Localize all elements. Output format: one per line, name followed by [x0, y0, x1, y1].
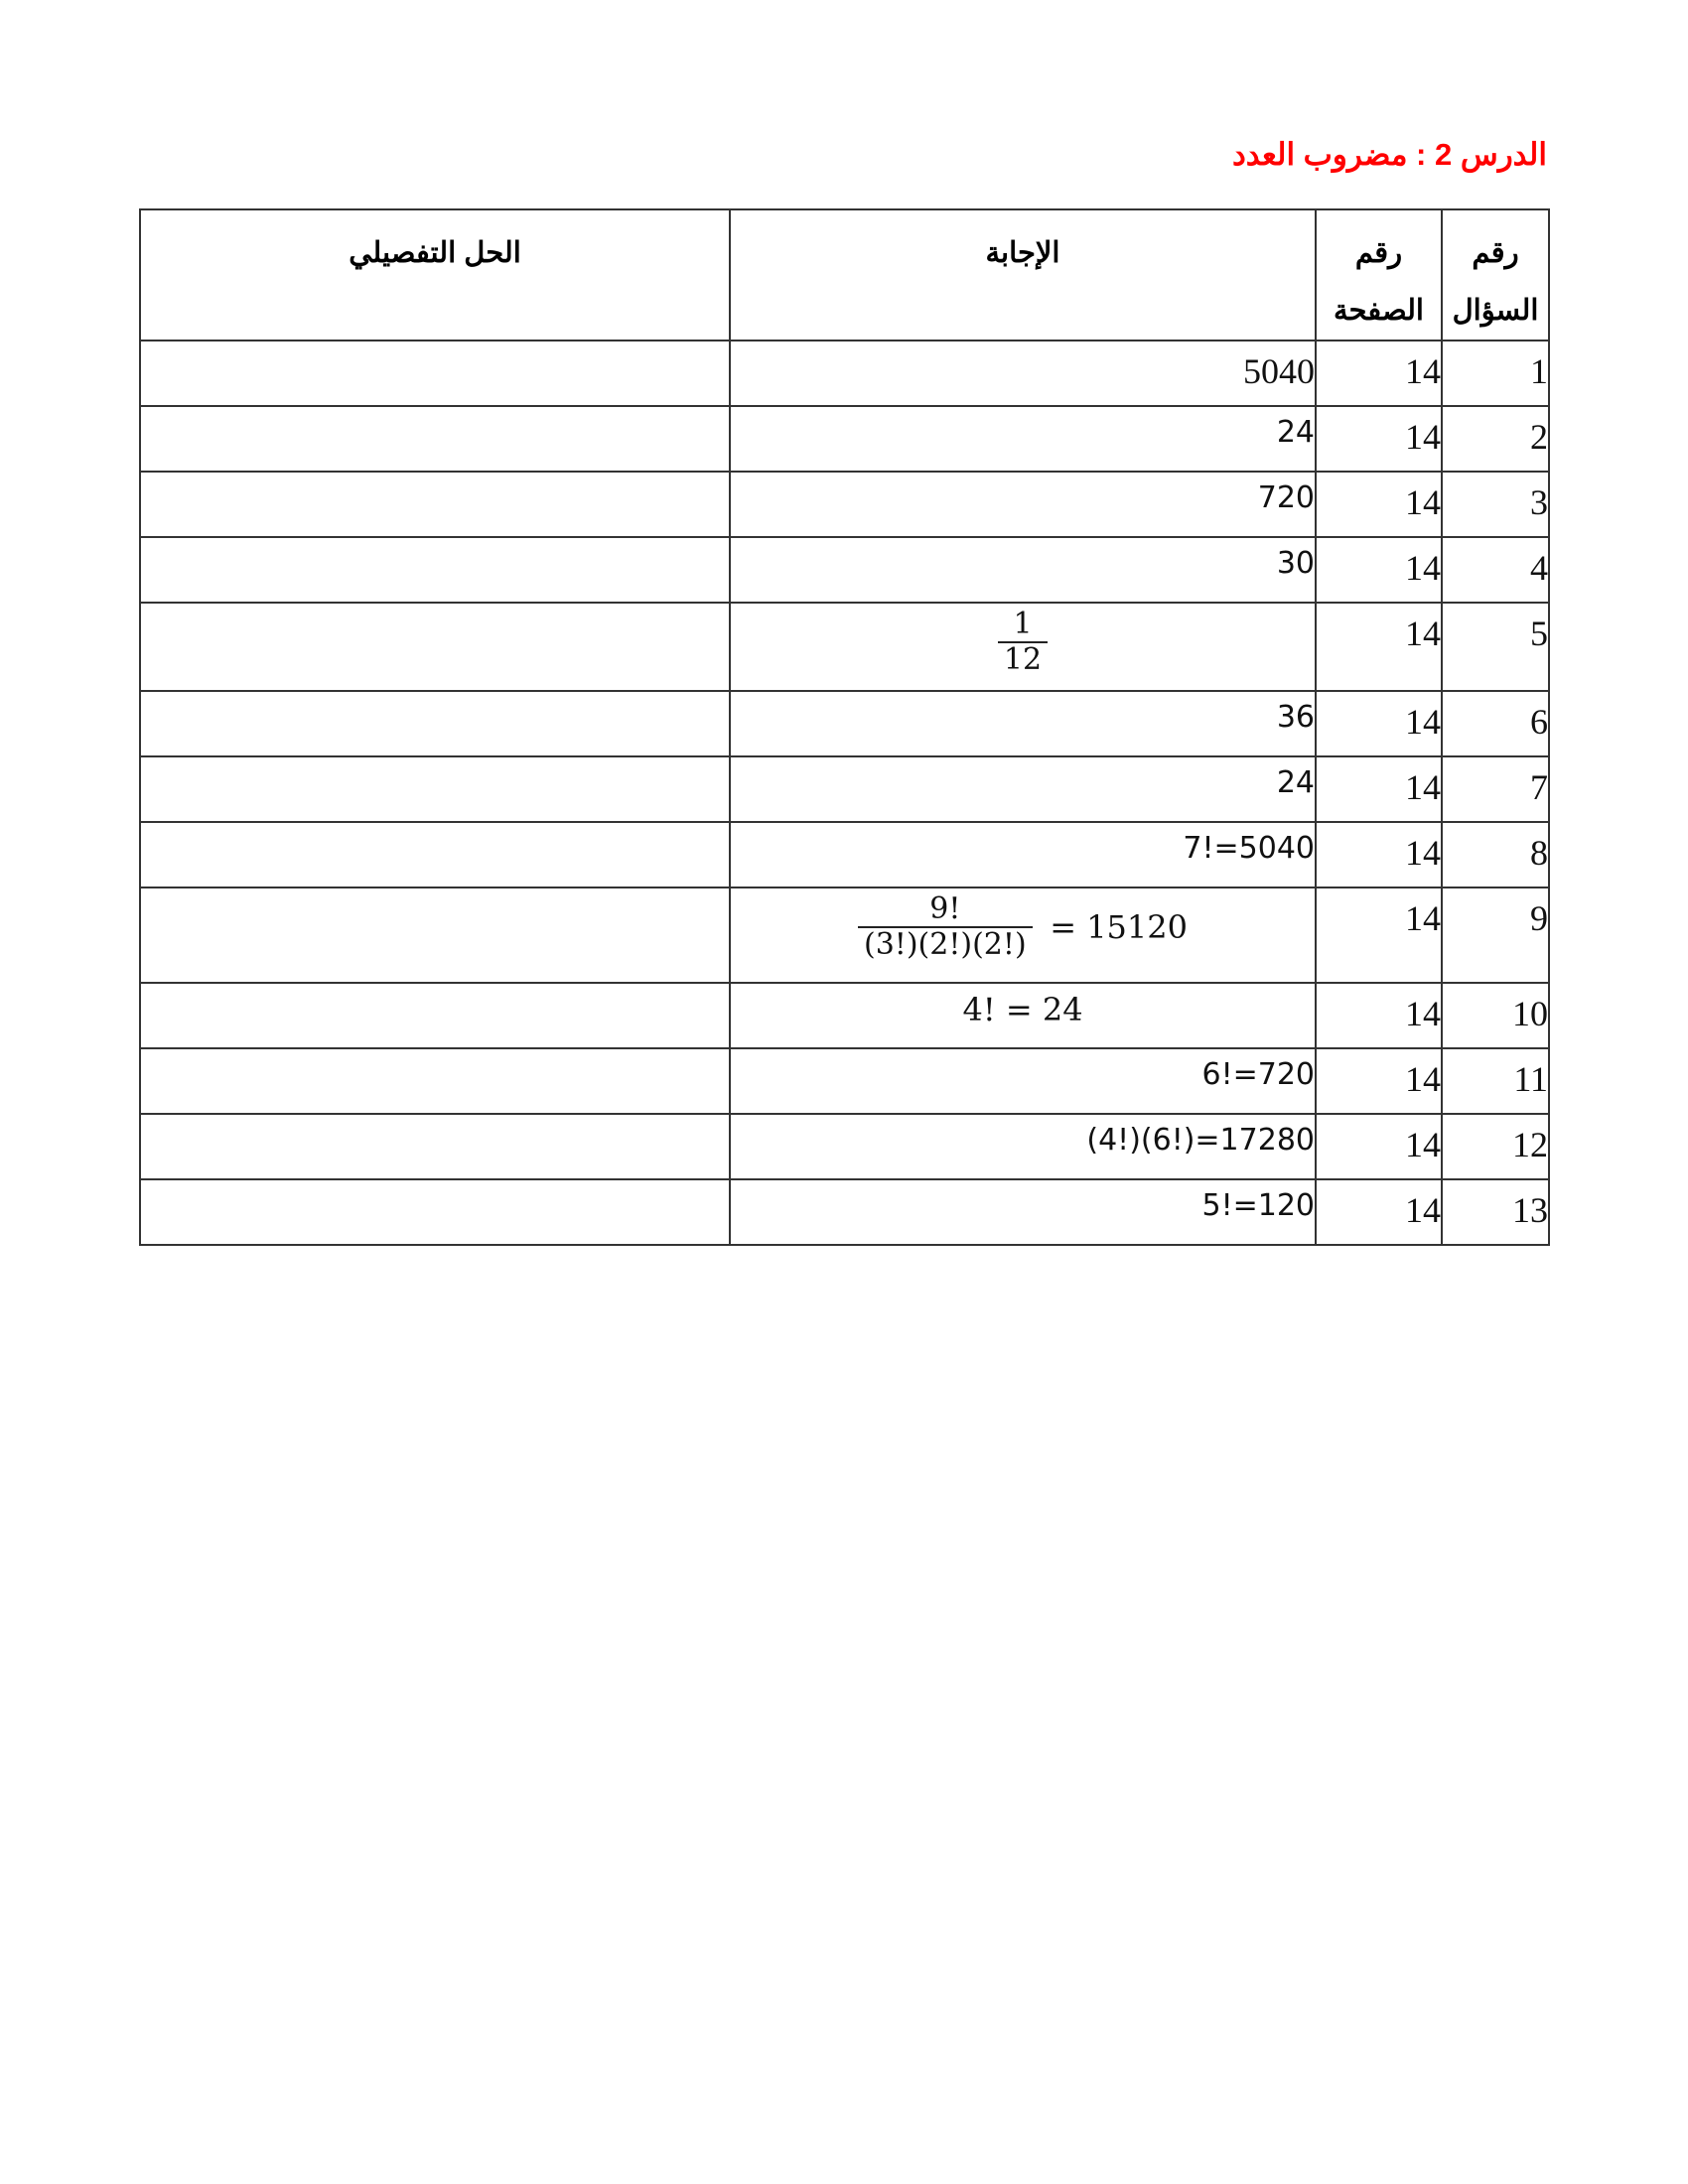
- solution-cell: [140, 341, 730, 406]
- page-number: 14: [1316, 887, 1442, 983]
- page-number: 14: [1316, 822, 1442, 887]
- answer-cell: 1 12: [730, 603, 1316, 691]
- answer-cell: 5!=120: [730, 1179, 1316, 1245]
- answer-cell: 720: [730, 472, 1316, 537]
- answer-cell: 30: [730, 537, 1316, 603]
- solution-cell: [140, 1179, 730, 1245]
- header-question-number-line1: رقم: [1472, 237, 1518, 269]
- question-number: 12: [1442, 1114, 1549, 1179]
- solution-cell: [140, 983, 730, 1048]
- fraction-denominator: (3!)(2!)(2!): [858, 928, 1033, 962]
- solution-cell: [140, 887, 730, 983]
- answer-cell: 36: [730, 691, 1316, 756]
- answer-math: 4! = 24: [962, 991, 1082, 1028]
- question-number: 5: [1442, 603, 1549, 691]
- question-number: 4: [1442, 537, 1549, 603]
- table-row: 1 14 5040: [140, 341, 1549, 406]
- answer-cell: 9! (3!)(2!)(2!) = 15120: [730, 887, 1316, 983]
- question-number: 13: [1442, 1179, 1549, 1245]
- table-row: 2 14 24: [140, 406, 1549, 472]
- answer-cell: 5040: [730, 341, 1316, 406]
- question-number: 1: [1442, 341, 1549, 406]
- table-row: 9 14 9! (3!)(2!)(2!) = 15120: [140, 887, 1549, 983]
- header-question-number: رقمالسؤال: [1442, 209, 1549, 341]
- page-number: 14: [1316, 472, 1442, 537]
- table-row: 11 14 6!=720: [140, 1048, 1549, 1114]
- answer-cell: 24: [730, 406, 1316, 472]
- table-row: 5 14 1 12: [140, 603, 1549, 691]
- table-row: 10 14 4! = 24: [140, 983, 1549, 1048]
- solution-cell: [140, 822, 730, 887]
- question-number: 9: [1442, 887, 1549, 983]
- page-number: 14: [1316, 1114, 1442, 1179]
- solution-cell: [140, 603, 730, 691]
- table-row: 3 14 720: [140, 472, 1549, 537]
- page-number: 14: [1316, 603, 1442, 691]
- fraction-numerator: 9!: [923, 892, 966, 926]
- header-page-number: رقمالصفحة: [1316, 209, 1442, 341]
- header-page-number-line1: رقم: [1355, 237, 1402, 269]
- header-question-number-line2: السؤال: [1453, 295, 1539, 327]
- header-solution-label: الحل التفصيلي: [141, 210, 729, 282]
- page-number: 14: [1316, 341, 1442, 406]
- page-number: 14: [1316, 983, 1442, 1048]
- lesson-title: الدرس 2 : مضروب العدد: [1232, 137, 1547, 173]
- question-number: 10: [1442, 983, 1549, 1048]
- solution-cell: [140, 472, 730, 537]
- page-number: 14: [1316, 1179, 1442, 1245]
- header-answer-label: الإجابة: [731, 210, 1315, 282]
- solution-cell: [140, 537, 730, 603]
- table-row: 8 14 7!=5040: [140, 822, 1549, 887]
- solution-cell: [140, 406, 730, 472]
- header-answer: الإجابة: [730, 209, 1316, 341]
- answer-cell: 6!=720: [730, 1048, 1316, 1114]
- page-number: 14: [1316, 1048, 1442, 1114]
- fraction-denominator: 12: [998, 643, 1048, 677]
- answers-table: رقمالسؤال رقمالصفحة الإجابة الحل التفصيل…: [139, 208, 1550, 1246]
- question-number: 3: [1442, 472, 1549, 537]
- solution-cell: [140, 1048, 730, 1114]
- question-number: 11: [1442, 1048, 1549, 1114]
- table-row: 12 14 (4!)(6!)=17280: [140, 1114, 1549, 1179]
- solution-cell: [140, 691, 730, 756]
- page-number: 14: [1316, 756, 1442, 822]
- answer-cell: (4!)(6!)=17280: [730, 1114, 1316, 1179]
- page-number: 14: [1316, 406, 1442, 472]
- page-number: 14: [1316, 691, 1442, 756]
- table-row: 6 14 36: [140, 691, 1549, 756]
- solution-cell: [140, 756, 730, 822]
- fraction-numerator: 1: [1007, 608, 1038, 641]
- answer-cell: 7!=5040: [730, 822, 1316, 887]
- table-row: 13 14 5!=120: [140, 1179, 1549, 1245]
- answer-fraction: 1 12: [998, 608, 1048, 677]
- table-row: 7 14 24: [140, 756, 1549, 822]
- header-detailed-solution: الحل التفصيلي: [140, 209, 730, 341]
- question-number: 6: [1442, 691, 1549, 756]
- table-header-row: رقمالسؤال رقمالصفحة الإجابة الحل التفصيل…: [140, 209, 1549, 341]
- answer-cell: 4! = 24: [730, 983, 1316, 1048]
- question-number: 8: [1442, 822, 1549, 887]
- question-number: 7: [1442, 756, 1549, 822]
- answer-result: = 15120: [1050, 901, 1188, 953]
- table-row: 4 14 30: [140, 537, 1549, 603]
- question-number: 2: [1442, 406, 1549, 472]
- answer-fraction: 9! (3!)(2!)(2!): [858, 892, 1033, 962]
- header-page-number-line2: الصفحة: [1334, 295, 1424, 327]
- page-number: 14: [1316, 537, 1442, 603]
- solution-cell: [140, 1114, 730, 1179]
- answer-cell: 24: [730, 756, 1316, 822]
